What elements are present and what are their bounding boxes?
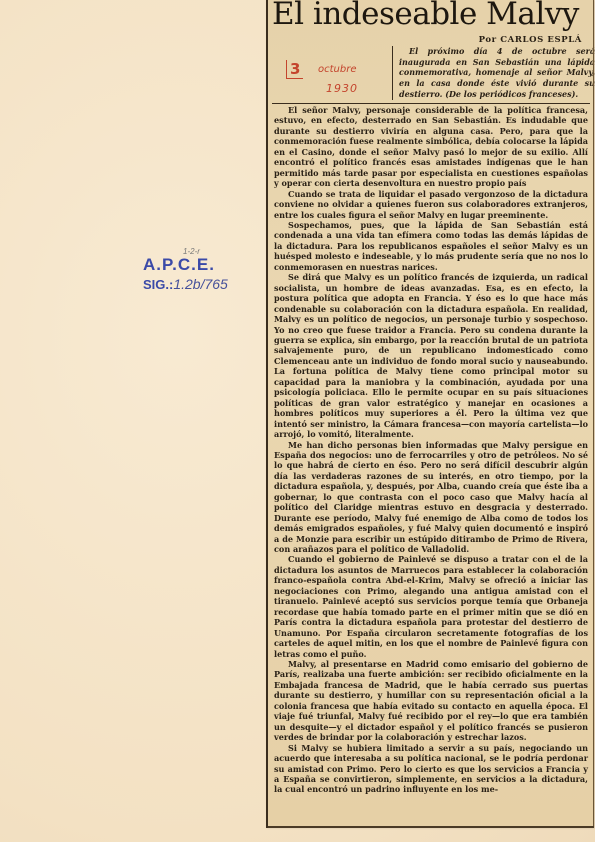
newspaper-clipping: El indeseable Malvy Por CARLOS ESPLÁ 3 o… bbox=[266, 0, 594, 828]
paragraph: Cuando el gobierno de Painlevé se dispus… bbox=[274, 554, 588, 659]
paragraph: Se dirá que Malvy es un político francés… bbox=[274, 272, 588, 439]
signature-code: 1.2b/765 bbox=[173, 276, 228, 292]
clipping-edge bbox=[593, 0, 594, 828]
handwritten-date-annotation: 3 octubre 1930 bbox=[282, 60, 382, 104]
pencil-note: 1-2-r bbox=[183, 247, 200, 256]
paragraph: Me han dicho personas bien informadas qu… bbox=[274, 440, 588, 555]
paragraph: El señor Malvy, personaje considerable d… bbox=[274, 105, 588, 189]
handwritten-month: octubre bbox=[318, 64, 357, 75]
paragraph: Cuando se trata de liquidar el pasado ve… bbox=[274, 189, 588, 220]
archive-signature: SIG.:1.2b/765 bbox=[143, 276, 228, 292]
article-headline: El indeseable Malvy bbox=[272, 0, 592, 32]
article-lead: El próximo día 4 de octubre será inaugur… bbox=[392, 46, 595, 100]
article-byline: Por CARLOS ESPLÁ bbox=[479, 35, 582, 45]
clipping-edge bbox=[268, 826, 594, 828]
handwritten-year: 1930 bbox=[326, 82, 358, 95]
archive-stamp-acronym: A.P.C.E. bbox=[143, 255, 228, 275]
lead-text: El próximo día 4 de octubre será inaugur… bbox=[399, 46, 595, 100]
paragraph: Si Malvy se hubiera limitado a servir a … bbox=[274, 743, 588, 795]
archive-stamp: 1-2-r A.P.C.E. SIG.:1.2b/765 bbox=[143, 255, 228, 292]
article-body: El señor Malvy, personaje considerable d… bbox=[274, 105, 588, 795]
handwritten-day: 3 bbox=[286, 60, 303, 79]
divider bbox=[272, 103, 590, 104]
signature-label: SIG.: bbox=[143, 277, 173, 292]
paragraph: Malvy, al presentarse en Madrid como emi… bbox=[274, 659, 588, 743]
paragraph: Sospechamos, pues, que la lápida de San … bbox=[274, 220, 588, 272]
